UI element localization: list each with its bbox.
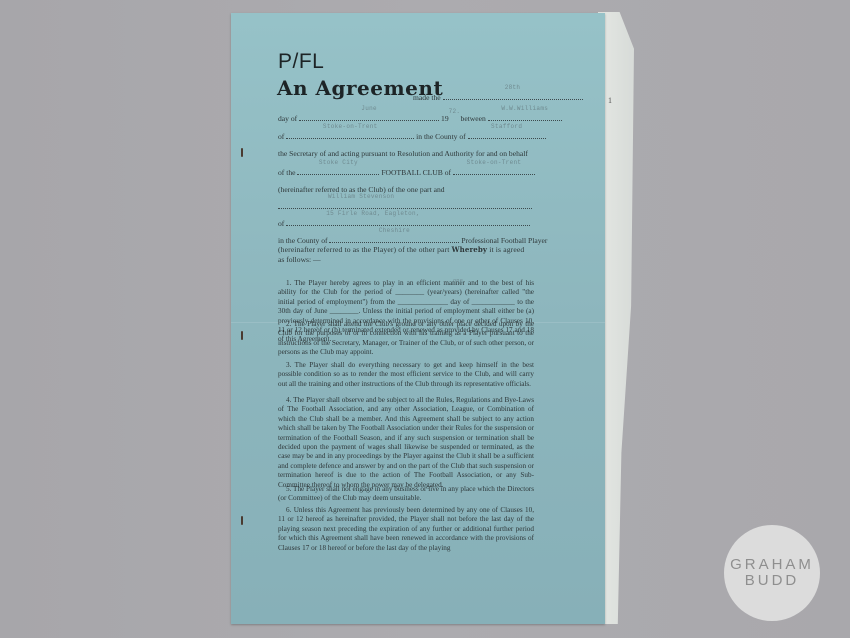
staple-icon [241,331,243,340]
clause-4: 4. The Player shall observe and be subje… [278,396,534,490]
day-of-line: day of June 1972. between W.W.Williams [278,112,562,123]
graham-budd-logo: GRAHAM BUDD [724,525,820,621]
logo-line-2: BUDD [745,573,800,589]
secretary-field: W.W.Williams [488,112,562,121]
of-line: of Stoke-on-Trent in the County of Staff… [278,130,546,141]
player-county-line: in the County of Cheshire Professional F… [278,234,547,245]
period-typed: one [453,275,463,284]
clause-3: 3. The Player shall do everything necess… [278,361,534,389]
secretary-county-field: Stafford [468,130,546,139]
player-address-field: 15 Firle Road, Eagleton, [286,217,530,226]
hereinafter-player-line: (hereinafter referred to as the Player) … [278,245,524,254]
underlying-page-number: 1 [608,96,612,105]
player-name-field: William Stevenson [278,200,532,209]
player-county-field: Cheshire [329,234,459,243]
month-field: June [299,112,439,121]
secretary-town-field: Stoke-on-Trent [286,130,414,139]
made-the-line: made the 28th [413,91,583,102]
clause-2: 2. The Player shall attend the Club's gr… [278,320,534,358]
form-code: P/FL [278,50,324,74]
date-day-field: 28th [443,91,583,100]
logo-line-1: GRAHAM [730,557,814,573]
clause-5: 5. The Player shall not engage in any bu… [278,485,534,504]
club-town-field: Stoke-on-Trent [453,166,535,175]
staple-icon [241,516,243,525]
clause-6: 6. Unless this Agreement has previously … [278,506,534,553]
staple-icon [241,148,243,157]
as-follows-line: as follows: — [278,255,321,264]
club-name-field: Stoke City [297,166,379,175]
club-line: of the Stoke City FOOTBALL CLUB of Stoke… [278,166,535,177]
secretary-line: the Secretary of and acting pursuant to … [278,149,528,158]
year-field: 72. [449,113,459,121]
